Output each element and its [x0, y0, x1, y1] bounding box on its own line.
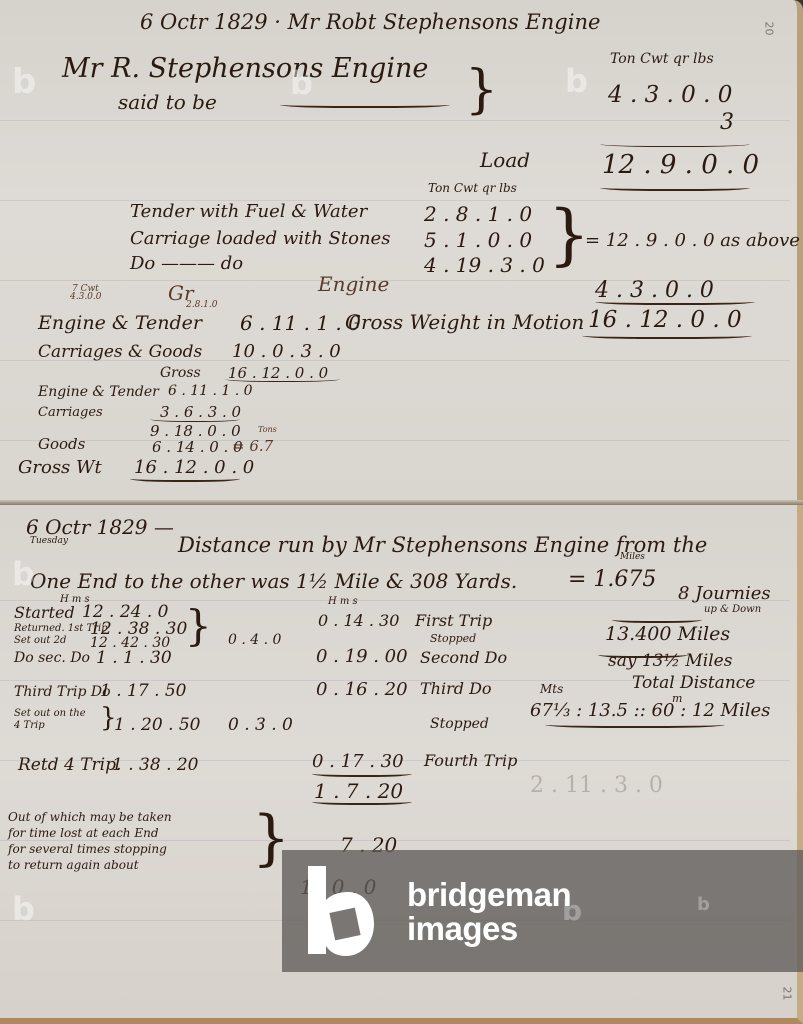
- small-value: 4.3.0.0: [70, 293, 102, 302]
- underline: [130, 474, 240, 482]
- trip-time: 1 . 20 . 50: [114, 717, 201, 734]
- note-value: 3: [720, 112, 734, 134]
- watermark-tile: b: [565, 62, 588, 100]
- calc-note: = 6.7: [232, 439, 273, 454]
- trip-name: First Trip: [415, 613, 492, 629]
- entry-date: 6 Octr 1829 —: [26, 517, 174, 537]
- trip-label: Retd 4 Trip.: [18, 757, 121, 774]
- items-total: = 12 . 9 . 0 . 0 as above: [585, 232, 800, 250]
- trip-name: Second Do: [420, 650, 507, 666]
- calc-label: Carriages & Goods: [38, 344, 202, 361]
- calc-value: 10 . 0 . 3 . 0: [232, 343, 341, 361]
- underline: [600, 183, 750, 191]
- stop-note: Stopped: [430, 717, 489, 731]
- trip-label: Started: [14, 605, 75, 621]
- calc-label: Gross Wt: [18, 459, 102, 477]
- underline: [545, 720, 725, 728]
- page-number: 20: [763, 22, 776, 36]
- underline: [612, 615, 702, 623]
- trip-label: Do sec. Do: [14, 651, 90, 665]
- up-down-label: up & Down: [704, 605, 761, 615]
- underline: [312, 797, 412, 805]
- underline: [312, 769, 412, 777]
- trip-duration: 0 . 19 . 00: [316, 648, 408, 666]
- calc-note-unit: Tons: [258, 426, 277, 434]
- item-label: Carriage loaded with Stones: [130, 230, 390, 248]
- small-value: 2.8.1.0: [186, 301, 218, 310]
- calc-label: Goods: [38, 437, 85, 452]
- page-heading: 6 Octr 1829 · Mr Robt Stephensons Engine: [140, 12, 600, 33]
- brace: }: [548, 196, 590, 273]
- ink-bleed: 2 . 11 . 3 . 0: [530, 773, 663, 798]
- brace: }: [465, 60, 498, 120]
- journeys-label: 8 Journies: [678, 585, 771, 603]
- miles-value: = 1.675: [568, 569, 656, 591]
- page-number: 21: [781, 987, 794, 1001]
- total-miles: 13.400 Miles: [605, 625, 730, 644]
- underline: [225, 375, 340, 382]
- gross-weight-label: Gross Weight in Motion: [345, 312, 584, 332]
- deduction-line: for time lost at each End: [8, 827, 159, 839]
- watermark-tile: b: [12, 555, 35, 593]
- watermark-tile: b: [12, 62, 36, 102]
- text-line: One End to the other was 1½ Mile & 308 Y…: [30, 571, 517, 591]
- bridgeman-wordmark: bridgeman images: [407, 878, 571, 946]
- calc-label: Carriages: [38, 406, 103, 419]
- deduction-line: for several times stopping: [8, 843, 167, 855]
- trip-time: 1 . 17 . 50: [100, 683, 187, 700]
- engine-weight-value: 4 . 3 . 0 . 0: [608, 84, 732, 107]
- item-value: 5 . 1 . 0 . 0: [424, 230, 532, 250]
- underline: [582, 331, 752, 339]
- calc-value: 9 . 18 . 0 . 0: [150, 424, 241, 439]
- item-value: 2 . 8 . 1 . 0: [424, 204, 532, 224]
- entry-day: Tuesday: [30, 537, 68, 546]
- watermark-tile: b: [12, 890, 35, 928]
- underline: [600, 140, 750, 147]
- underline: [150, 415, 240, 422]
- underline: [595, 297, 755, 305]
- time-header: H m s: [328, 597, 358, 607]
- calc-label: Gross: [160, 366, 201, 380]
- miles-unit: Miles: [620, 553, 645, 562]
- trip-name: Fourth Trip: [424, 753, 517, 769]
- items-unit-header: Ton Cwt qr lbs: [428, 182, 517, 194]
- engine-label: Mr R. Stephensons Engine: [62, 55, 428, 82]
- stop-note: Stopped: [430, 633, 476, 644]
- brand-line: images: [407, 912, 571, 946]
- item-value: 4 . 19 . 3 . 0: [424, 255, 545, 275]
- brand-line: bridgeman: [407, 878, 571, 912]
- bridgeman-watermark: bridgeman images b b: [282, 850, 803, 972]
- item-label: Do ——— do: [130, 255, 243, 273]
- trip-time: 1 . 38 . 20: [112, 757, 199, 774]
- watermark-tile: b: [562, 894, 582, 927]
- ratio-label: Mts: [540, 683, 563, 695]
- say-miles: say 13½ Miles: [608, 653, 732, 670]
- watermark-tile: b: [290, 64, 313, 102]
- engine-tender-label: Engine & Tender: [38, 314, 202, 333]
- trip-time: 1 . 1 . 30: [96, 650, 172, 667]
- trip-name: Third Do: [420, 681, 492, 697]
- top-page: 20 6 Octr 1829 · Mr Robt Stephensons Eng…: [0, 0, 803, 505]
- gross-weight-value: 16 . 12 . 0 . 0: [588, 309, 742, 332]
- unit-header: Ton Cwt qr lbs: [610, 52, 714, 66]
- ratio-value: 67⅓ : 13.5 :: 60 : 12 Miles: [530, 702, 770, 720]
- item-label: Tender with Fuel & Water: [130, 203, 367, 221]
- trip-duration: 0 . 14 . 30: [318, 613, 399, 629]
- stop-duration: 0 . 4 . 0: [228, 633, 281, 647]
- watermark-tile: b: [697, 894, 710, 915]
- brace: }: [185, 601, 212, 650]
- deduction-line: Out of which may be taken: [8, 811, 172, 823]
- load-value: 12 . 9 . 0 . 0: [602, 152, 759, 178]
- calc-value: 6 . 11 . 1 . 0: [168, 384, 253, 398]
- calc-value: 6 . 14 . 0 . 0: [152, 440, 243, 455]
- trip-label: Set out 2d: [14, 636, 66, 646]
- said-to-be-label: said to be: [118, 92, 217, 112]
- engine-tender-value: 6 . 11 . 1 . 0: [240, 313, 361, 333]
- calc-label: Engine & Tender: [38, 385, 159, 399]
- stop-duration: 0 . 3 . 0: [228, 717, 293, 734]
- trip-label: Set out on the 4 Trip: [14, 708, 94, 732]
- trip-duration: 0 . 16 . 20: [316, 681, 408, 699]
- total-distance-label: Total Distance: [632, 675, 755, 692]
- load-label: Load: [480, 150, 530, 170]
- bridgeman-logo-icon: [304, 866, 374, 956]
- deduction-line: to return again about: [8, 859, 139, 871]
- trip-label: Third Trip Do: [14, 685, 111, 699]
- engine-line-label: Engine: [318, 274, 389, 294]
